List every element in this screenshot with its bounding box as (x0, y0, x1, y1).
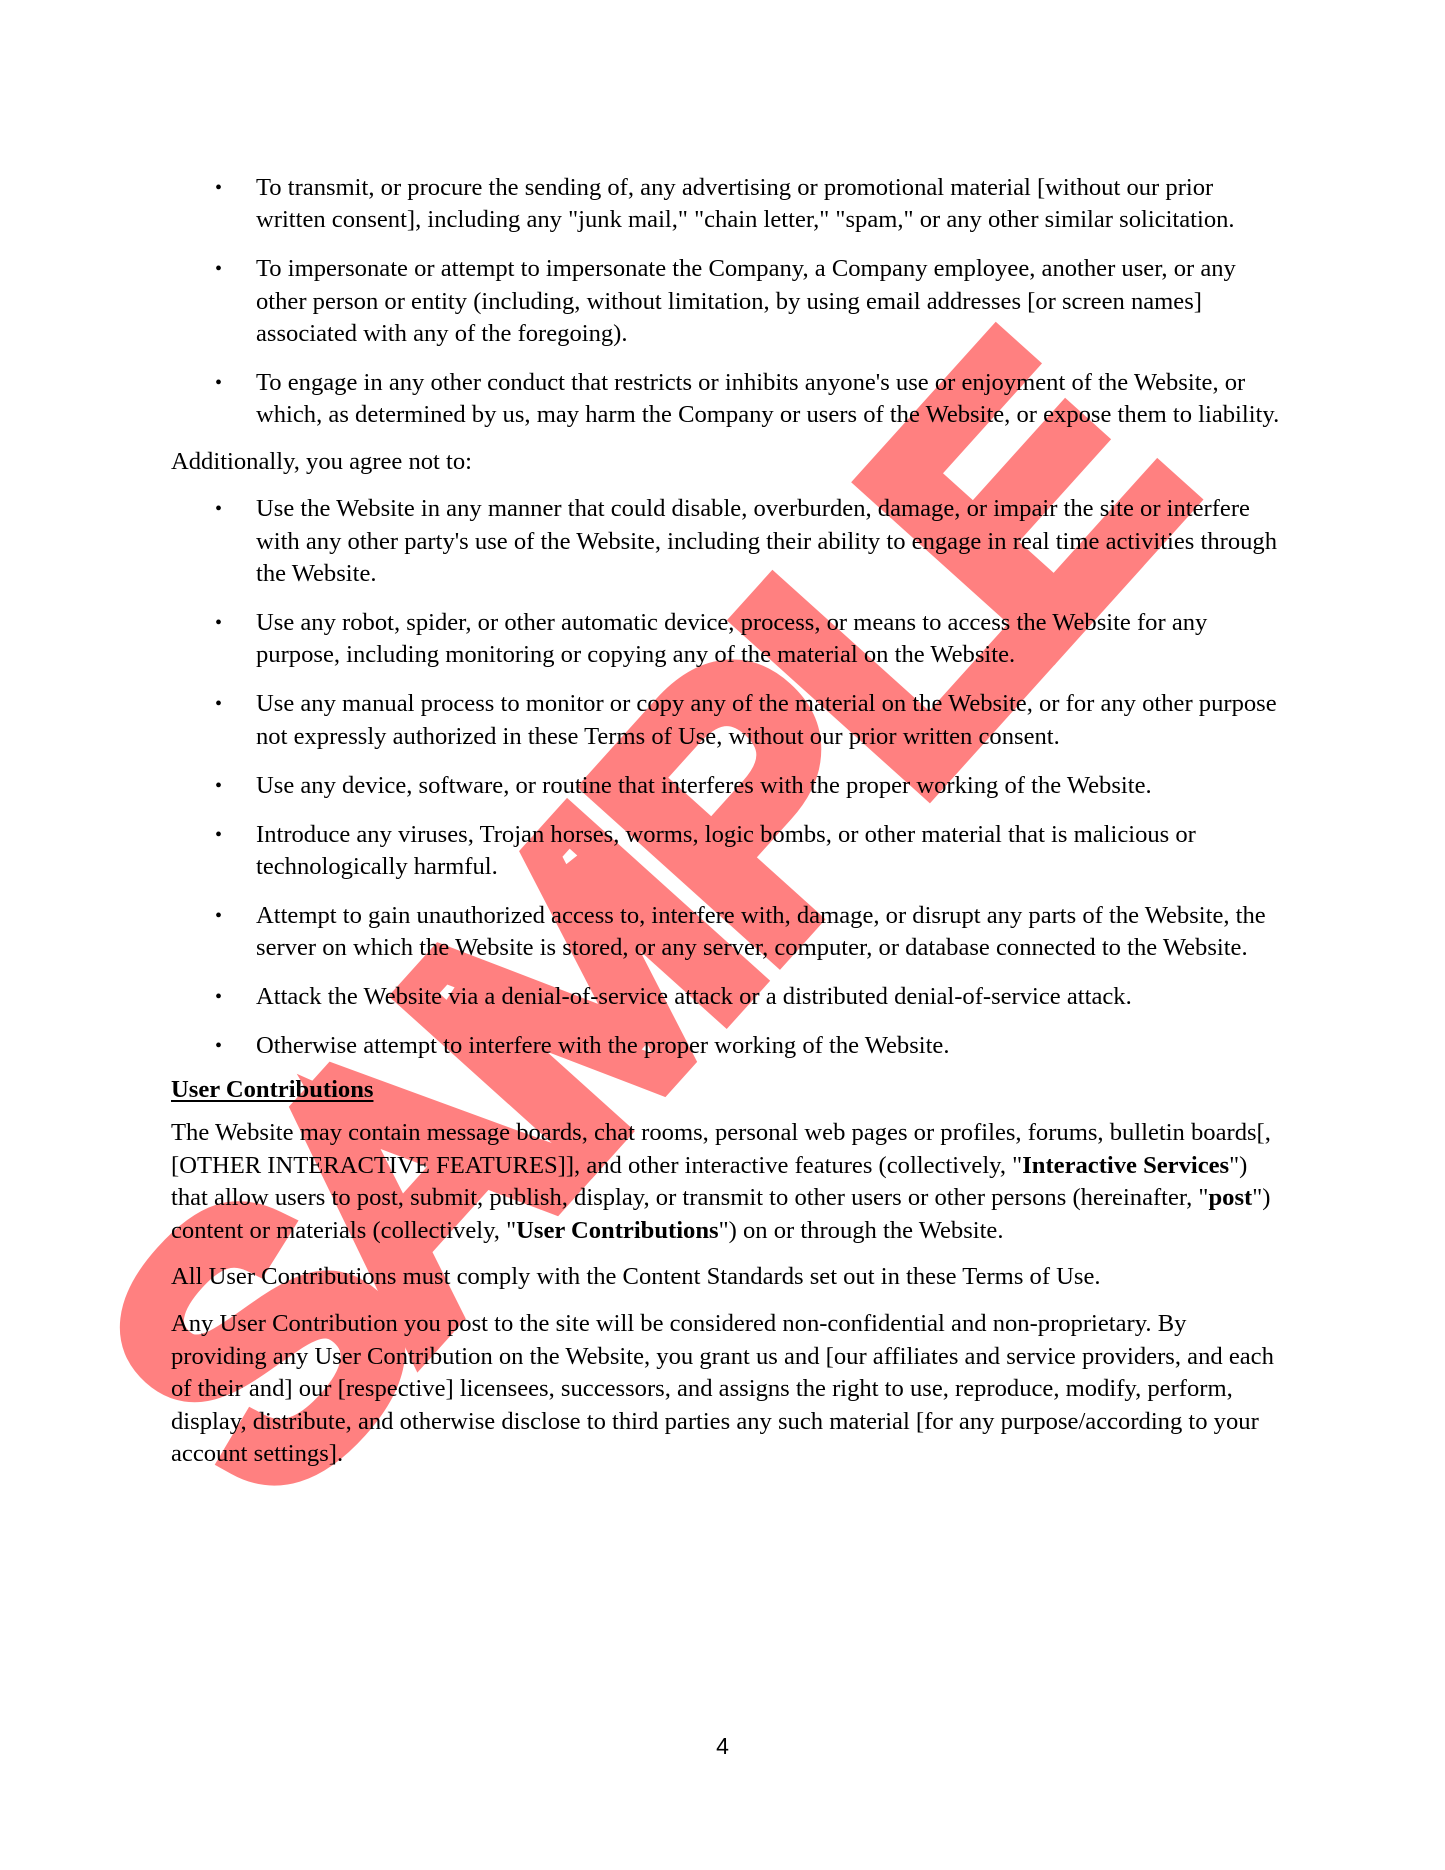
list-item-text: Introduce any viruses, Trojan horses, wo… (256, 821, 1196, 880)
list-item: • Attack the Website via a denial-of-ser… (171, 981, 1281, 1013)
document-body: • To transmit, or procure the sending of… (171, 172, 1281, 1485)
list-item-text: Otherwise attempt to interfere with the … (256, 1032, 950, 1059)
list-item-text: Use the Website in any manner that could… (256, 495, 1277, 587)
user-contributions-paragraph: The Website may contain message boards, … (171, 1117, 1281, 1247)
list-item: • Introduce any viruses, Trojan horses, … (171, 819, 1281, 884)
bullet-icon: • (215, 770, 235, 802)
additional-intro: Additionally, you agree not to: (171, 446, 1281, 478)
bullet-icon: • (215, 253, 235, 285)
list-item: • Use any device, software, or routine t… (171, 770, 1281, 802)
bullet-icon: • (215, 493, 235, 525)
document-page: SAMPLE • To transmit, or procure the sen… (0, 0, 1445, 1870)
list-item-text: To transmit, or procure the sending of, … (256, 174, 1235, 233)
defined-term-post: post (1208, 1184, 1252, 1211)
list-item-text: To engage in any other conduct that rest… (256, 369, 1279, 428)
list-item-text: Attempt to gain unauthorized access to, … (256, 902, 1266, 961)
list-item: • Use the Website in any manner that cou… (171, 493, 1281, 590)
prohibited-uses-list: • To transmit, or procure the sending of… (171, 172, 1281, 432)
bullet-icon: • (215, 172, 235, 204)
page-number: 4 (0, 1733, 1445, 1760)
license-paragraph: Any User Contribution you post to the si… (171, 1308, 1281, 1470)
bullet-icon: • (215, 688, 235, 720)
bullet-icon: • (215, 1030, 235, 1062)
bullet-icon: • (215, 900, 235, 932)
list-item-text: Use any manual process to monitor or cop… (256, 690, 1277, 749)
list-item: • Attempt to gain unauthorized access to… (171, 900, 1281, 965)
bullet-icon: • (215, 819, 235, 851)
list-item-text: To impersonate or attempt to impersonate… (256, 255, 1236, 347)
list-item: • To transmit, or procure the sending of… (171, 172, 1281, 237)
list-item: • Use any robot, spider, or other automa… (171, 607, 1281, 672)
list-item: • Otherwise attempt to interfere with th… (171, 1030, 1281, 1062)
section-heading-user-contributions: User Contributions (171, 1074, 1281, 1106)
list-item-text: Attack the Website via a denial-of-servi… (256, 983, 1132, 1010)
bullet-icon: • (215, 607, 235, 639)
list-item-text: Use any device, software, or routine tha… (256, 772, 1152, 799)
paragraph-text: ") on or through the Website. (719, 1217, 1004, 1244)
bullet-icon: • (215, 367, 235, 399)
defined-term-interactive-services: Interactive Services (1022, 1152, 1229, 1179)
list-item-text: Use any robot, spider, or other automati… (256, 609, 1207, 668)
bullet-icon: • (215, 981, 235, 1013)
defined-term-user-contributions: User Contributions (516, 1217, 718, 1244)
additional-prohibitions-list: • Use the Website in any manner that cou… (171, 493, 1281, 1062)
compliance-paragraph: All User Contributions must comply with … (171, 1261, 1281, 1293)
list-item: • To impersonate or attempt to impersona… (171, 253, 1281, 350)
list-item: • Use any manual process to monitor or c… (171, 688, 1281, 753)
list-item: • To engage in any other conduct that re… (171, 367, 1281, 432)
